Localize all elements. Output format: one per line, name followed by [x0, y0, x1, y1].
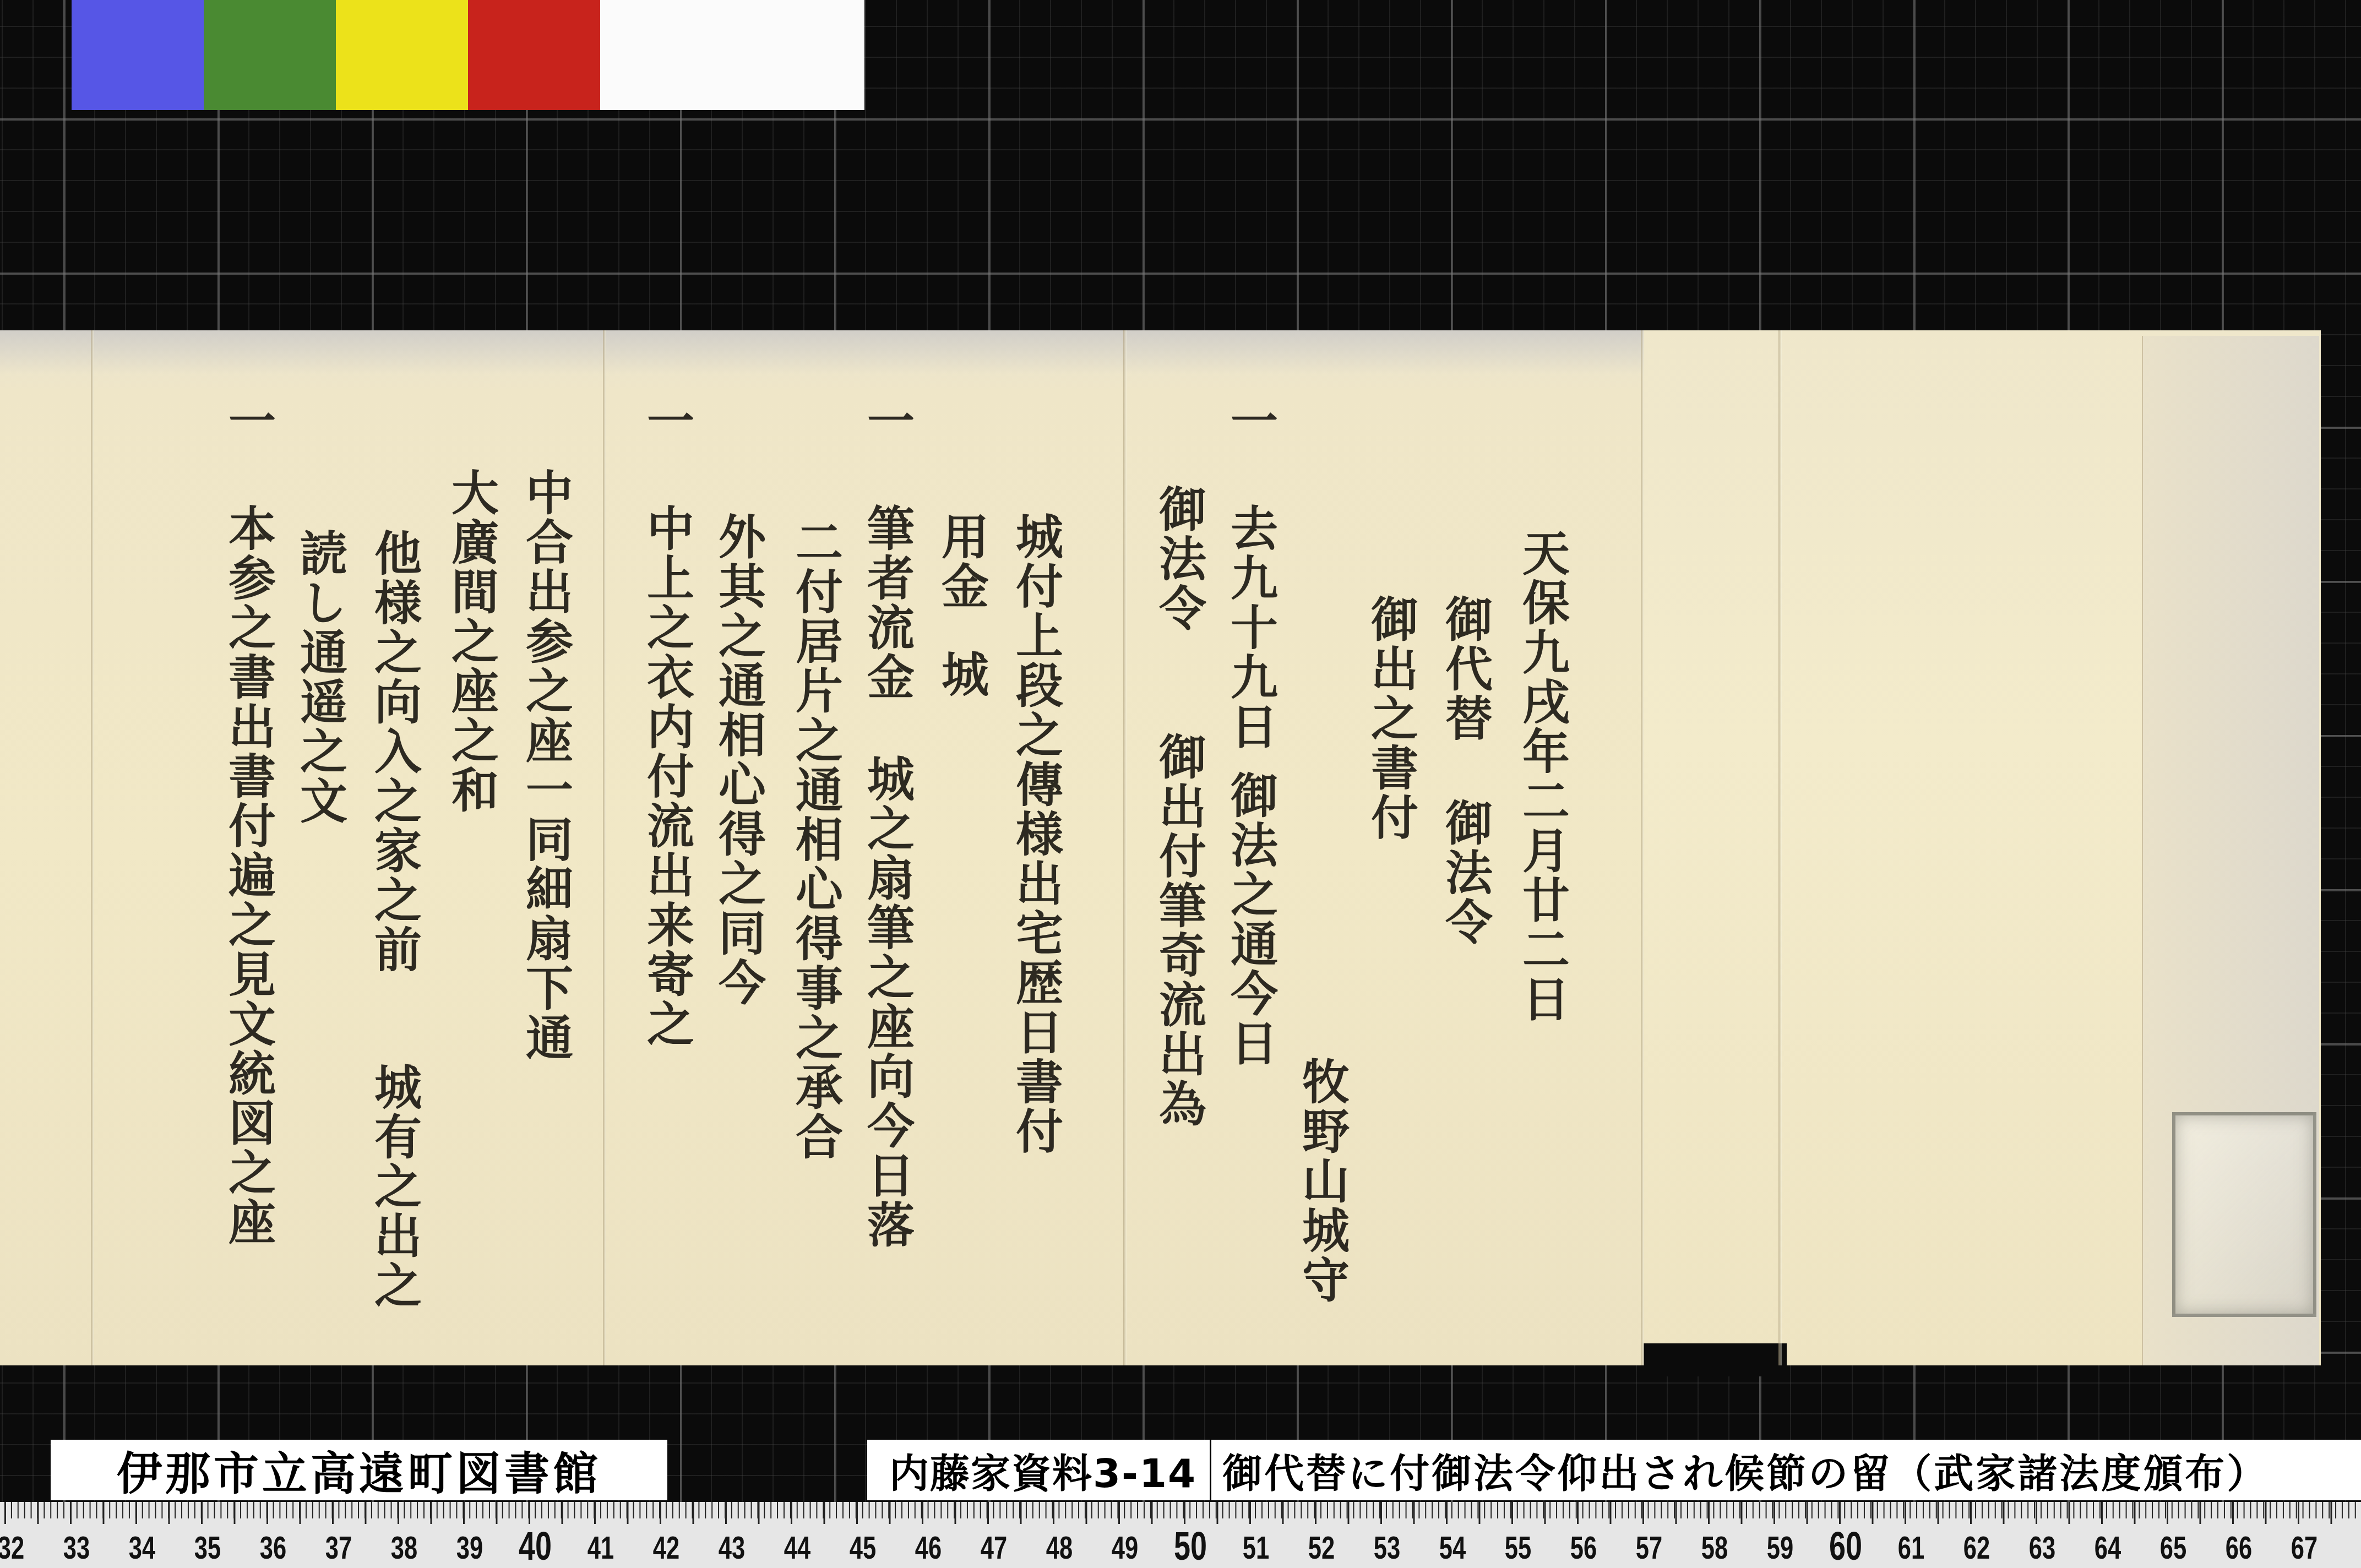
ruler-label: 37 — [325, 1529, 352, 1566]
ruler-label: 64 — [2095, 1529, 2121, 1566]
ruler-label: 53 — [1374, 1529, 1400, 1566]
calligraphy-column: 他様之向入之家之前 — [370, 529, 417, 974]
ruler-label: 42 — [653, 1529, 679, 1566]
calligraphy-column: 一 本参之書出書付遍之見文統図之座 — [224, 396, 271, 1247]
calligraphy-column: 中合出参之座一同細扇下通 — [521, 468, 569, 1063]
paper-seam — [603, 330, 606, 1365]
ruler-label: 58 — [1701, 1529, 1728, 1566]
calligraphy-column: 御法令 — [1155, 484, 1202, 633]
paper-torn-corner — [1644, 1343, 1787, 1376]
calligraphy-column: 用金 — [937, 512, 984, 611]
swatch-green — [204, 0, 336, 110]
calligraphy-column: 御法之通今日 — [1226, 771, 1274, 1068]
ruler-label: 46 — [915, 1529, 942, 1566]
ruler-label: 65 — [2160, 1529, 2186, 1566]
ruler-ticks — [0, 1502, 2361, 1524]
ruler-label: 36 — [260, 1529, 286, 1566]
ruler-label: 49 — [1112, 1529, 1138, 1566]
ruler-label: 50 — [1174, 1524, 1207, 1568]
ruler-label: 38 — [391, 1529, 417, 1566]
library-name: 伊那市立高遠町図書館 — [117, 1438, 601, 1502]
paper-seam — [1641, 330, 1644, 1365]
ruler-label: 35 — [194, 1529, 221, 1566]
paper-seam — [1778, 330, 1782, 1365]
ruler-label: 57 — [1636, 1529, 1662, 1566]
color-calibration-chart — [72, 0, 864, 110]
calligraphy-column: 大廣間之座之和 — [447, 468, 494, 815]
ruler-label: 32 — [0, 1529, 24, 1566]
calligraphy-column: 城付上段之傳様出宅歴日書付 — [1011, 512, 1059, 1156]
ruler-label: 48 — [1046, 1529, 1073, 1566]
calligraphy-column: 一 去九十九日 — [1226, 396, 1274, 752]
calligraphy-column: 御代替 — [1441, 595, 1488, 743]
ruler-label: 63 — [2029, 1529, 2055, 1566]
glass-paperweight — [2172, 1112, 2316, 1317]
ruler-label: 43 — [719, 1529, 745, 1566]
calligraphy-column: 御出之書付 — [1367, 595, 1414, 842]
swatch-blue — [72, 0, 204, 110]
calligraphy-column: 一 筆者流金 — [863, 396, 910, 702]
ruler-label: 62 — [1963, 1529, 1990, 1566]
ruler-label: 51 — [1243, 1529, 1269, 1566]
calligraphy-column: 城之扇筆之座向今日落 — [863, 754, 910, 1250]
ruler-label: 33 — [63, 1529, 90, 1566]
ruler-label: 39 — [456, 1529, 483, 1566]
item-title: 御代替に付御法令仰出され候節の留（武家諸法度頒布） — [1211, 1441, 2268, 1499]
calligraphy-column: 城 — [937, 650, 984, 699]
calligraphy-column: 御出付筆奇流出為 — [1155, 732, 1202, 1129]
item-caption: 内藤家資料3-14 御代替に付御法令仰出され候節の留（武家諸法度頒布） — [867, 1440, 2361, 1500]
calligraphy-column: 牧野山城守 — [1298, 1057, 1345, 1305]
calligraphy-column: 天保九戌年二月廿二日 — [1518, 529, 1565, 1024]
paper-seam — [1123, 330, 1127, 1365]
paper-seam — [91, 330, 94, 1365]
library-caption: 伊那市立高遠町図書館 — [51, 1440, 667, 1500]
ruler-label: 66 — [2226, 1529, 2252, 1566]
ruler-label: 55 — [1505, 1529, 1531, 1566]
calligraphy-column: 城有之出之 — [370, 1063, 417, 1310]
calligraphy-column: 二付居片之通相心得事之承合 — [791, 518, 839, 1162]
calligraphy-column: 御法令 — [1441, 798, 1488, 947]
calligraphy-column: 読し通遥之文 — [296, 529, 343, 826]
ruler-label: 54 — [1439, 1529, 1466, 1566]
ruler-label: 40 — [519, 1524, 552, 1568]
swatch-yellow — [336, 0, 468, 110]
ruler-label: 47 — [981, 1529, 1007, 1566]
ruler-label: 45 — [850, 1529, 876, 1566]
ruler-label: 59 — [1767, 1529, 1793, 1566]
ruler-label: 41 — [587, 1529, 614, 1566]
ruler-label: 60 — [1829, 1524, 1862, 1568]
calligraphy-column: 外其之通相心得之同今 — [714, 512, 761, 1008]
ruler-label: 44 — [784, 1529, 810, 1566]
measuring-ruler: 3233343536373839404142434445464748495051… — [0, 1502, 2361, 1568]
swatch-red — [468, 0, 600, 110]
ruler-label: 52 — [1308, 1529, 1335, 1566]
ruler-label: 34 — [129, 1529, 155, 1566]
ruler-label: 67 — [2291, 1529, 2318, 1566]
swatch-white — [600, 0, 864, 110]
calligraphy-column: 一 中上之衣内付流出来寄之 — [643, 396, 690, 1049]
ruler-label: 56 — [1570, 1529, 1597, 1566]
item-id: 内藤家資料3-14 — [867, 1440, 1211, 1500]
ruler-label: 61 — [1898, 1529, 1924, 1566]
